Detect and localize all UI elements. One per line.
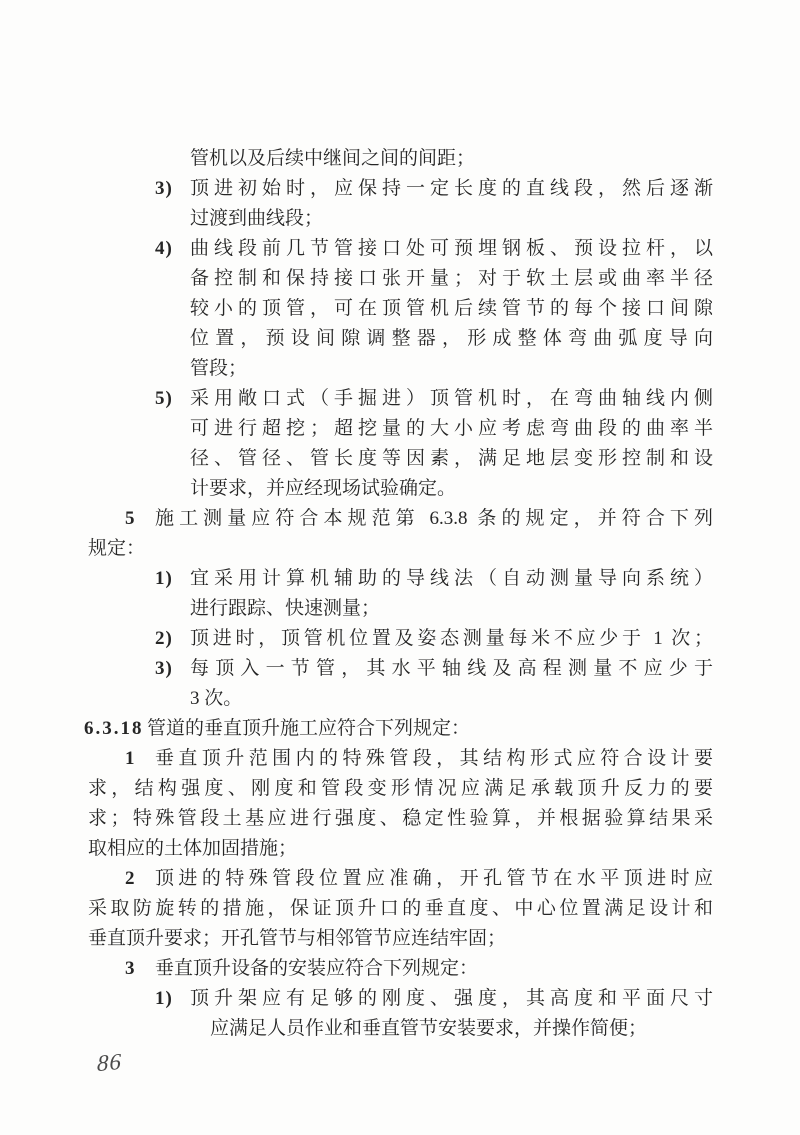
text-line: 采取防旋转的措施，保证顶升口的垂直度、中心位置满足设计和 (88, 894, 713, 924)
text-line: 规定： (88, 534, 713, 564)
line-text: 求；特殊管段土基应进行强度、稳定性验算，并根据验算结果采 (88, 804, 713, 834)
line-text: 备控制和保持接口张开量；对于软土层或曲率半径 (190, 264, 713, 294)
text-line: 管段； (88, 354, 713, 384)
text-line: 6.3.18 管道的垂直顶升施工应符合下列规定： (88, 714, 713, 744)
line-text: 垂直顶升设备的安装应符合下列规定： (155, 954, 713, 984)
line-text: 垂直顶升要求；开孔管节与相邻管节应连结牢固； (88, 924, 713, 954)
line-text: 宜采用计算机辅助的导线法（自动测量导向系统） (190, 564, 713, 594)
item-number-marker: 3) (155, 654, 173, 684)
item-number-marker: 2) (155, 624, 173, 654)
line-text: 位置，预设间隙调整器，形成整体弯曲弧度导向 (190, 324, 713, 354)
line-text: 顶升架应有足够的刚度、强度，其高度和平面尺寸 (190, 984, 713, 1014)
line-text: 求，结构强度、刚度和管段变形情况应满足承载顶升反力的要 (88, 774, 713, 804)
line-text: 曲线段前几节管接口处可预埋钢板、预设拉杆，以 (190, 234, 713, 264)
text-line: 1) 顶升架应有足够的刚度、强度，其高度和平面尺寸 (88, 984, 713, 1014)
text-line: 1) 宜采用计算机辅助的导线法（自动测量导向系统） (88, 564, 713, 594)
line-text: 管道的垂直顶升施工应符合下列规定： (147, 714, 713, 744)
line-text: 应满足人员作业和垂直管节安装要求，并操作简便； (210, 1014, 713, 1044)
item-number-marker: 1) (155, 984, 173, 1014)
text-line: 可进行超挖；超挖量的大小应考虑弯曲段的曲率半 (88, 414, 713, 444)
item-number-marker: 6.3.18 (84, 714, 144, 744)
text-line: 5) 采用敞口式（手掘进）顶管机时，在弯曲轴线内侧 (88, 384, 713, 414)
line-text: 顶进时，顶管机位置及姿态测量每米不应少于 1 次； (190, 624, 713, 654)
text-line: 较小的顶管，可在顶管机后续管节的每个接口间隙 (88, 294, 713, 324)
text-line: 2) 顶进时，顶管机位置及姿态测量每米不应少于 1 次； (88, 624, 713, 654)
text-line: 5 施工测量应符合本规范第 6.3.8 条的规定，并符合下列 (88, 504, 713, 534)
line-text: 计要求，并应经现场试验确定。 (190, 474, 713, 504)
text-line: 计要求，并应经现场试验确定。 (88, 474, 713, 504)
line-text: 每顶入一节管，其水平轴线及高程测量不应少于 (190, 654, 713, 684)
text-line: 3 垂直顶升设备的安装应符合下列规定： (88, 954, 713, 984)
line-text: 3 次。 (190, 684, 713, 714)
text-line: 4) 曲线段前几节管接口处可预埋钢板、预设拉杆，以 (88, 234, 713, 264)
line-text: 垂直顶升范围内的特殊管段，其结构形式应符合设计要 (155, 744, 713, 774)
line-text: 顶进的特殊管段位置应准确，开孔管节在水平顶进时应 (155, 864, 713, 894)
line-text: 采用敞口式（手掘进）顶管机时，在弯曲轴线内侧 (190, 384, 713, 414)
item-number-marker: 1 (125, 744, 136, 774)
text-block: 管机以及后续中继间之间的间距； 3) 顶进初始时，应保持一定长度的直线段，然后逐… (88, 144, 713, 1044)
line-text: 采取防旋转的措施，保证顶升口的垂直度、中心位置满足设计和 (88, 894, 713, 924)
text-line: 位置，预设间隙调整器，形成整体弯曲弧度导向 (88, 324, 713, 354)
line-text: 管段； (190, 354, 713, 384)
line-text: 可进行超挖；超挖量的大小应考虑弯曲段的曲率半 (190, 414, 713, 444)
text-line: 进行跟踪、快速测量； (88, 594, 713, 624)
page-number: 86 (97, 1049, 122, 1077)
line-text: 管机以及后续中继间之间的间距； (190, 144, 713, 174)
item-number-marker: 3 (125, 954, 136, 984)
item-number-marker: 5 (125, 504, 136, 534)
item-number-marker: 2 (125, 864, 136, 894)
item-number-marker: 4) (155, 234, 173, 264)
line-text: 规定： (88, 534, 713, 564)
item-number-marker: 1) (155, 564, 173, 594)
text-line: 3 次。 (88, 684, 713, 714)
text-line: 求，结构强度、刚度和管段变形情况应满足承载顶升反力的要 (88, 774, 713, 804)
line-text: 顶进初始时，应保持一定长度的直线段，然后逐渐 (190, 174, 713, 204)
document-page: 管机以及后续中继间之间的间距； 3) 顶进初始时，应保持一定长度的直线段，然后逐… (0, 0, 800, 1135)
text-line: 备控制和保持接口张开量；对于软土层或曲率半径 (88, 264, 713, 294)
text-line: 3) 每顶入一节管，其水平轴线及高程测量不应少于 (88, 654, 713, 684)
text-line: 1 垂直顶升范围内的特殊管段，其结构形式应符合设计要 (88, 744, 713, 774)
text-line: 过渡到曲线段； (88, 204, 713, 234)
line-text: 径、管径、管长度等因素，满足地层变形控制和设 (190, 444, 713, 474)
text-line: 取相应的土体加固措施； (88, 834, 713, 864)
text-line: 管机以及后续中继间之间的间距； (88, 144, 713, 174)
text-line: 应满足人员作业和垂直管节安装要求，并操作简便； (88, 1014, 713, 1044)
line-text: 取相应的土体加固措施； (88, 834, 713, 864)
text-line: 垂直顶升要求；开孔管节与相邻管节应连结牢固； (88, 924, 713, 954)
text-line: 3) 顶进初始时，应保持一定长度的直线段，然后逐渐 (88, 174, 713, 204)
line-text: 进行跟踪、快速测量； (190, 594, 713, 624)
text-line: 径、管径、管长度等因素，满足地层变形控制和设 (88, 444, 713, 474)
text-line: 求；特殊管段土基应进行强度、稳定性验算，并根据验算结果采 (88, 804, 713, 834)
text-line: 2 顶进的特殊管段位置应准确，开孔管节在水平顶进时应 (88, 864, 713, 894)
line-text: 较小的顶管，可在顶管机后续管节的每个接口间隙 (190, 294, 713, 324)
item-number-marker: 5) (155, 384, 173, 414)
item-number-marker: 3) (155, 174, 173, 204)
line-text: 施工测量应符合本规范第 6.3.8 条的规定，并符合下列 (155, 504, 713, 534)
line-text: 过渡到曲线段； (190, 204, 713, 234)
